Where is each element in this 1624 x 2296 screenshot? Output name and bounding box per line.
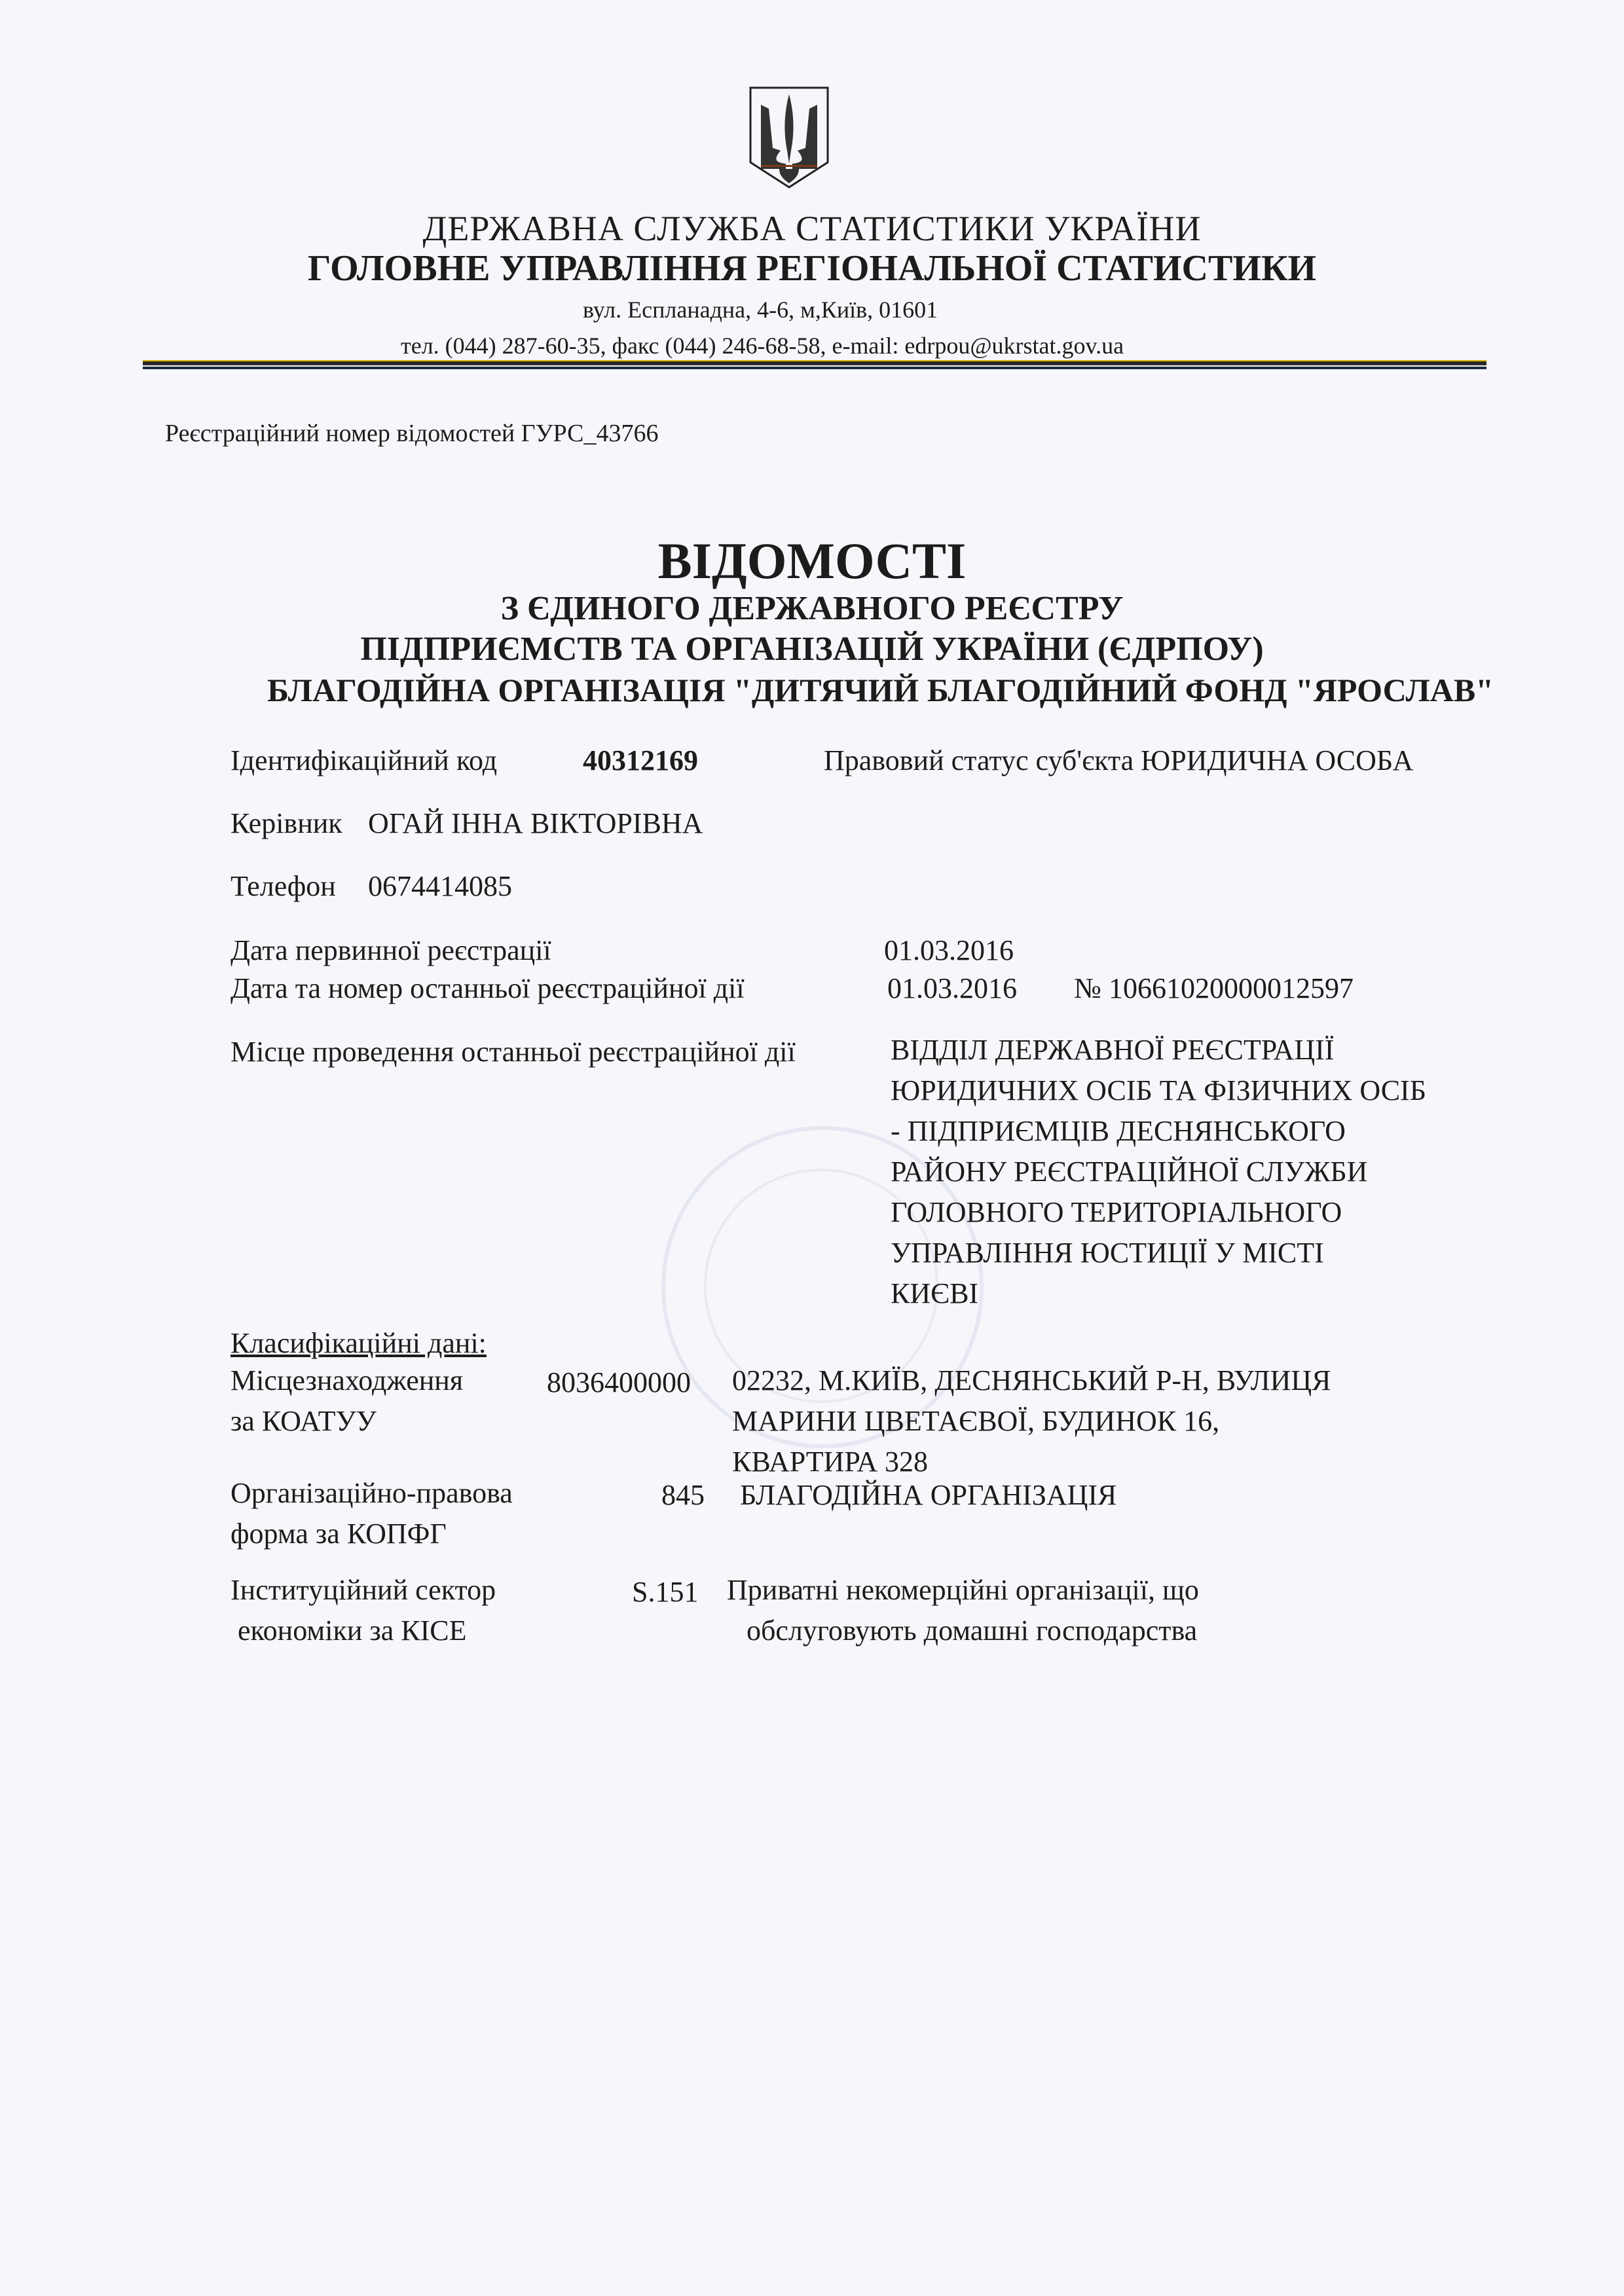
last-action-label: Дата та номер останньої реєстраційної ді… (231, 974, 745, 1003)
kopfg-code: 845 (661, 1481, 705, 1510)
contacts: тел. (044) 287-60-35, факс (044) 246-68-… (401, 332, 1579, 359)
place-value: ВІДДІЛ ДЕРЖАВНОЇ РЕЄСТРАЦІЇ ЮРИДИЧНИХ ОС… (891, 1030, 1426, 1314)
koatuu-label: Місцезнаходження за КОАТУУ (231, 1360, 463, 1442)
last-action-number: № 10661020000012597 (1074, 974, 1354, 1003)
id-code-label: Ідентифікаційний код (231, 746, 497, 775)
place-line: ВІДДІЛ ДЕРЖАВНОЇ РЕЄСТРАЦІЇ (891, 1030, 1426, 1070)
place-line: УПРАВЛІННЯ ЮСТИЦІЇ У МІСТІ (891, 1233, 1426, 1273)
service-name: ДЕРЖАВНА СЛУЖБА СТАТИСТИКИ УКРАЇНИ (0, 208, 1624, 249)
trident-emblem-icon (747, 85, 832, 190)
organization-name: БЛАГОДІЙНА ОРГАНІЗАЦІЯ "ДИТЯЧИЙ БЛАГОДІЙ… (267, 671, 1511, 709)
phone-value: 0674414085 (368, 872, 512, 901)
koatuu-code: 8036400000 (547, 1368, 691, 1397)
address: вул. Еспланадна, 4-6, м,Київ, 01601 (583, 296, 1624, 323)
place-line: ГОЛОВНОГО ТЕРИТОРІАЛЬНОГО (891, 1192, 1426, 1233)
head-name: ОГАЙ ІННА ВІКТОРІВНА (368, 809, 703, 838)
id-code: 40312169 (583, 746, 698, 775)
kise-value: Приватні некомерційні організації, що об… (727, 1570, 1199, 1651)
header-rule (143, 367, 1486, 369)
document-title: ВІДОМОСТІ (0, 532, 1624, 591)
first-registration-label: Дата первинної реєстрації (231, 936, 551, 965)
kise-code: S.151 (632, 1578, 698, 1607)
phone-label: Телефон (231, 872, 336, 901)
document-subtitle: З ЄДИНОГО ДЕРЖАВНОГО РЕЄСТРУ (0, 589, 1624, 628)
legal-status-label: Правовий статус суб'єкта (824, 746, 1134, 775)
legal-status: ЮРИДИЧНА ОСОБА (1141, 746, 1413, 775)
location-address: 02232, М.КИЇВ, ДЕСНЯНСЬКИЙ Р-Н, ВУЛИЦЯ М… (732, 1360, 1331, 1482)
first-registration-date: 01.03.2016 (884, 936, 1014, 965)
last-action-date: 01.03.2016 (887, 974, 1017, 1003)
place-line: РАЙОНУ РЕЄСТРАЦІЙНОЇ СЛУЖБИ (891, 1152, 1426, 1192)
place-line: - ПІДПРИЄМЦІВ ДЕСНЯНСЬКОГО (891, 1111, 1426, 1152)
header-rule (143, 360, 1486, 365)
document-subtitle: ПІДПРИЄМСТВ ТА ОРГАНІЗАЦІЙ УКРАЇНИ (ЄДРП… (0, 630, 1624, 668)
place-line: КИЄВІ (891, 1273, 1426, 1314)
classification-heading: Класифікаційні дані: (231, 1329, 487, 1358)
kopfg-value: БЛАГОДІЙНА ОРГАНІЗАЦІЯ (740, 1481, 1116, 1510)
head-label: Керівник (231, 809, 342, 838)
kise-label: Інституційний сектор економіки за КІСЕ (231, 1570, 496, 1651)
registration-number: Реєстраційний номер відомостей ГУРС_4376… (165, 419, 658, 448)
place-label: Місце проведення останньої реєстраційної… (231, 1038, 796, 1066)
department-name: ГОЛОВНЕ УПРАВЛІННЯ РЕГІОНАЛЬНОЇ СТАТИСТИ… (0, 247, 1624, 289)
kopfg-label: Організаційно-правова форма за КОПФГ (231, 1473, 513, 1554)
place-line: ЮРИДИЧНИХ ОСІБ ТА ФІЗИЧНИХ ОСІБ (891, 1070, 1426, 1111)
